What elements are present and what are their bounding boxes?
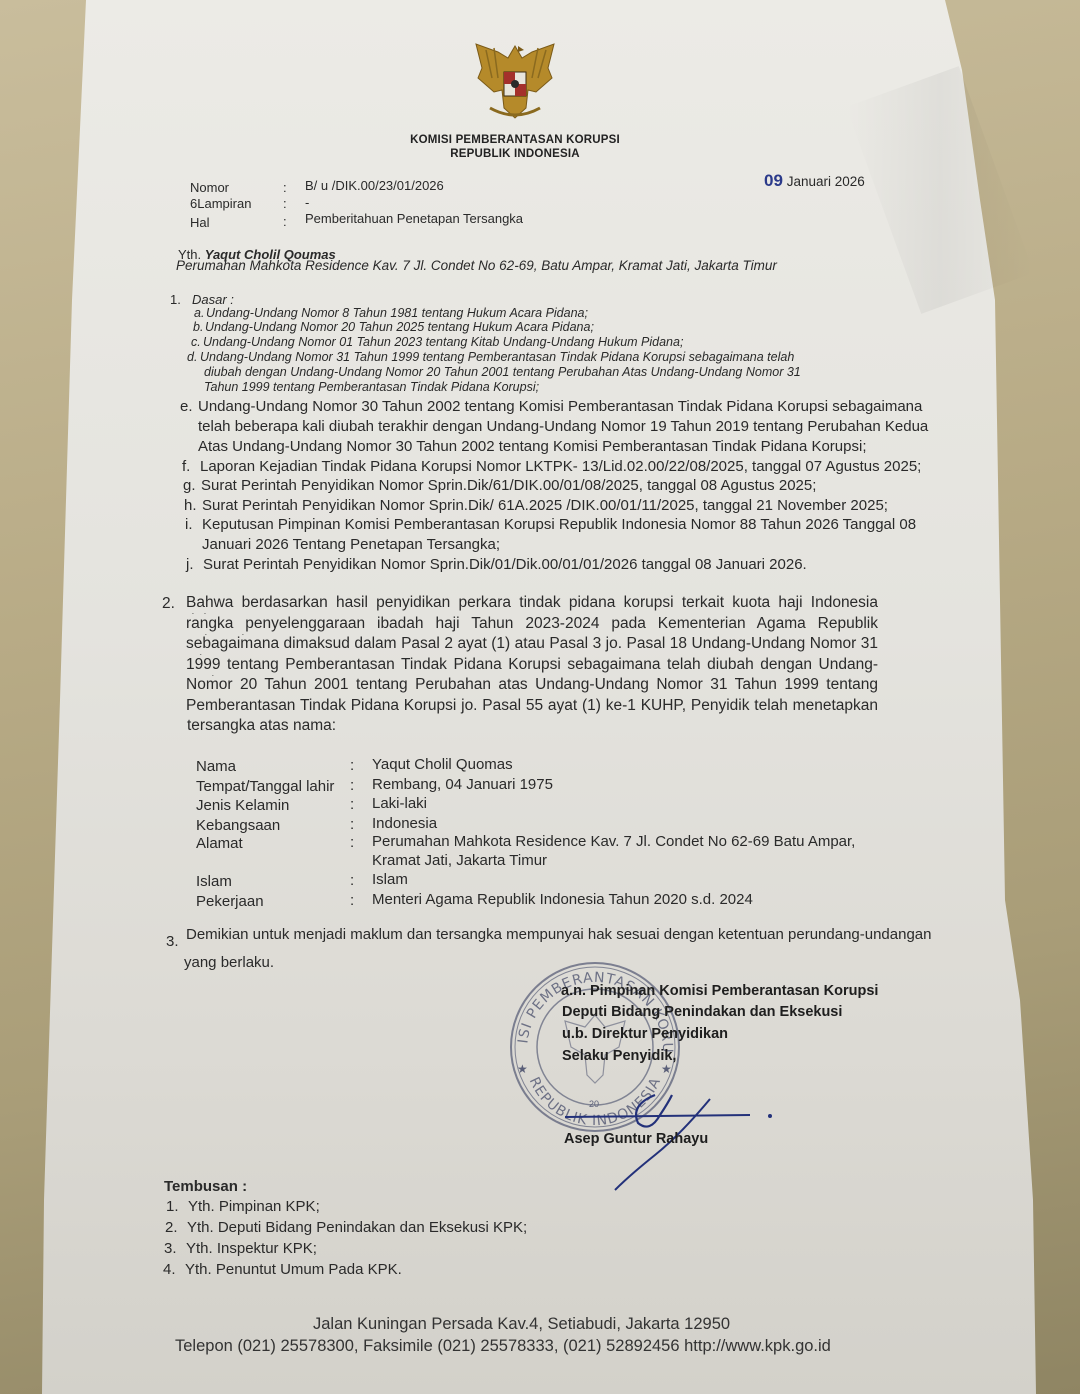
handwritten-day: 09 [764,171,783,190]
suspect-field-value: Rembang, 04 Januari 1975 [372,776,553,793]
suspect-field-label: Nama [196,758,236,775]
dasar-item-text: Surat Perintah Penyidikan Nomor Sprin.Di… [203,556,807,573]
colon: : [283,214,287,229]
footer-contact: Telepon (021) 25578300, Faksimile (021) … [175,1337,831,1356]
dasar-item-text: Undang-Undang Nomor 31 Tahun 1999 tentan… [200,350,794,364]
suspect-field-value: Kramat Jati, Jakarta Timur [372,852,547,869]
dasar-item-text: Keputusan Pimpinan Komisi Pemberantasan … [202,516,916,533]
colon: : [283,180,287,195]
suspect-field-label: Jenis Kelamin [196,797,289,814]
dasar-item-text: Surat Perintah Penyidikan Nomor Sprin.Di… [202,497,888,514]
suspect-field-value: Menteri Agama Republik Indonesia Tahun 2… [372,891,753,908]
suspect-field-value: Indonesia [372,815,437,832]
section2-line: Nomor 20 Tahun 2001 tentang Perubahan at… [186,676,878,696]
dasar-item-text: Undang-Undang Nomor 01 Tahun 2023 tentan… [203,335,683,349]
dasar-item-text: Januari 2026 Tentang Penetapan Tersangka… [202,536,500,553]
tembusan-number: 1. [166,1198,179,1215]
date-month-year: Januari 2026 [787,174,865,189]
lampiran-value: - [305,195,309,210]
dasar-item-letter: h. [184,497,197,514]
section2-line: tersangka atas nama: [187,717,336,735]
dasar-item-text: telah beberapa kali diubah terakhir deng… [198,418,928,435]
dasar-item-letter: f. [182,458,190,475]
colon: : [350,834,354,851]
section2-line: 1999 tentang Pemberantasan Tindak Pidana… [186,656,878,676]
suspect-field-label: Pekerjaan [196,893,264,910]
tembusan-item: Yth. Penuntut Umum Pada KPK. [185,1261,402,1278]
tembusan-number: 2. [165,1219,178,1236]
dasar-item-letter: g. [183,477,196,494]
section2-line: Bahwa berdasarkan hasil penyidikan perka… [186,594,878,614]
hal-label: Hal [190,215,210,230]
dasar-item-text: Atas Undang-Undang Nomor 30 Tahun 2002 t… [198,438,866,455]
tembusan-number: 3. [164,1240,177,1257]
tembusan-item: Yth. Inspektur KPK; [186,1240,317,1257]
svg-text:★: ★ [661,1062,672,1076]
section1-number: 1. [170,292,181,307]
dasar-item-letter: a. [194,306,204,320]
nomor-label: Nomor [190,180,229,195]
dasar-item-letter: b. [193,320,203,334]
lampiran-label: 6Lampiran [190,196,251,211]
colon: : [350,757,354,774]
tembusan-number: 4. [163,1261,176,1278]
org-name-line1: KOMISI PEMBERANTASAN KORUPSI [340,134,690,146]
suspect-field-label: Tempat/Tanggal lahir [196,778,334,795]
dasar-item-text: Tahun 1999 tentang Pemberantasan Tindak … [204,380,539,394]
dasar-item-text: diubah dengan Undang-Undang Nomor 20 Tah… [204,365,801,379]
suspect-field-value: Yaqut Cholil Quomas [372,756,513,773]
tembusan-item: Yth. Pimpinan KPK; [188,1198,320,1215]
section1-title: Dasar : [192,292,234,307]
section2-number: 2. [162,595,175,613]
colon: : [350,777,354,794]
dasar-item-text: Undang-Undang Nomor 8 Tahun 1981 tentang… [206,306,588,320]
dasar-item-text: Laporan Kejadian Tindak Pidana Korupsi N… [200,458,921,475]
dasar-item-text: Undang-Undang Nomor 20 Tahun 2025 tentan… [205,320,594,334]
nomor-value: B/ u /DIK.00/23/01/2026 [305,178,444,193]
suspect-field-value: Islam [372,871,408,888]
dasar-item-letter: e. [180,398,193,415]
signer-name: Asep Guntur Rahayu [564,1131,708,1147]
colon: : [283,196,287,211]
signature-line-1: a.n. Pimpinan Komisi Pemberantasan Korup… [561,983,878,999]
garuda-emblem-icon [468,38,562,124]
svg-text:★: ★ [517,1062,528,1076]
colon: : [350,796,354,813]
section3-number: 3. [166,933,179,950]
dasar-item-text: Surat Perintah Penyidikan Nomor Sprin.Di… [201,477,816,494]
signature-line-3: u.b. Direktur Penyidikan [562,1026,728,1042]
signature-line-2: Deputi Bidang Penindakan dan Eksekusi [562,1004,842,1020]
dasar-item-letter: j. [186,556,194,573]
suspect-field-label: Kebangsaan [196,817,280,834]
dasar-item-letter: c. [191,335,201,349]
dasar-item-letter: d. [187,350,197,364]
section2-line: sebagaimana dimaksud dalam Pasal 2 ayat … [186,635,878,655]
suspect-field-value: Perumahan Mahkota Residence Kav. 7 Jl. C… [372,833,855,850]
dasar-item-text: Undang-Undang Nomor 30 Tahun 2002 tentan… [198,398,922,415]
section3-line1: Demikian untuk menjadi maklum dan tersan… [186,926,931,943]
hal-value: Pemberitahuan Penetapan Tersangka [305,211,523,226]
org-name-line2: REPUBLIK INDONESIA [340,148,690,160]
dasar-item-letter: i. [185,516,193,533]
recipient-address: Perumahan Mahkota Residence Kav. 7 Jl. C… [176,258,777,273]
tembusan-title: Tembusan : [164,1178,247,1195]
signature-line-4: Selaku Penyidik, [562,1048,676,1064]
colon: : [350,872,354,889]
suspect-field-label: Islam [196,873,232,890]
suspect-field-value: Laki-laki [372,795,427,812]
section3-line2: yang berlaku. [184,954,274,971]
footer-address: Jalan Kuningan Persada Kav.4, Setiabudi,… [313,1315,730,1334]
suspect-field-label: Alamat [196,835,243,852]
section2-line: Pemberantasan Tindak Pidana Korupsi jo. … [186,697,878,717]
section2-line: rangka penyelenggaraan ibadah haji Tahun… [186,615,878,635]
colon: : [350,892,354,909]
colon: : [350,816,354,833]
tembusan-item: Yth. Deputi Bidang Penindakan dan Ekseku… [187,1219,527,1236]
letter-date: 09 Januari 2026 [764,171,865,191]
